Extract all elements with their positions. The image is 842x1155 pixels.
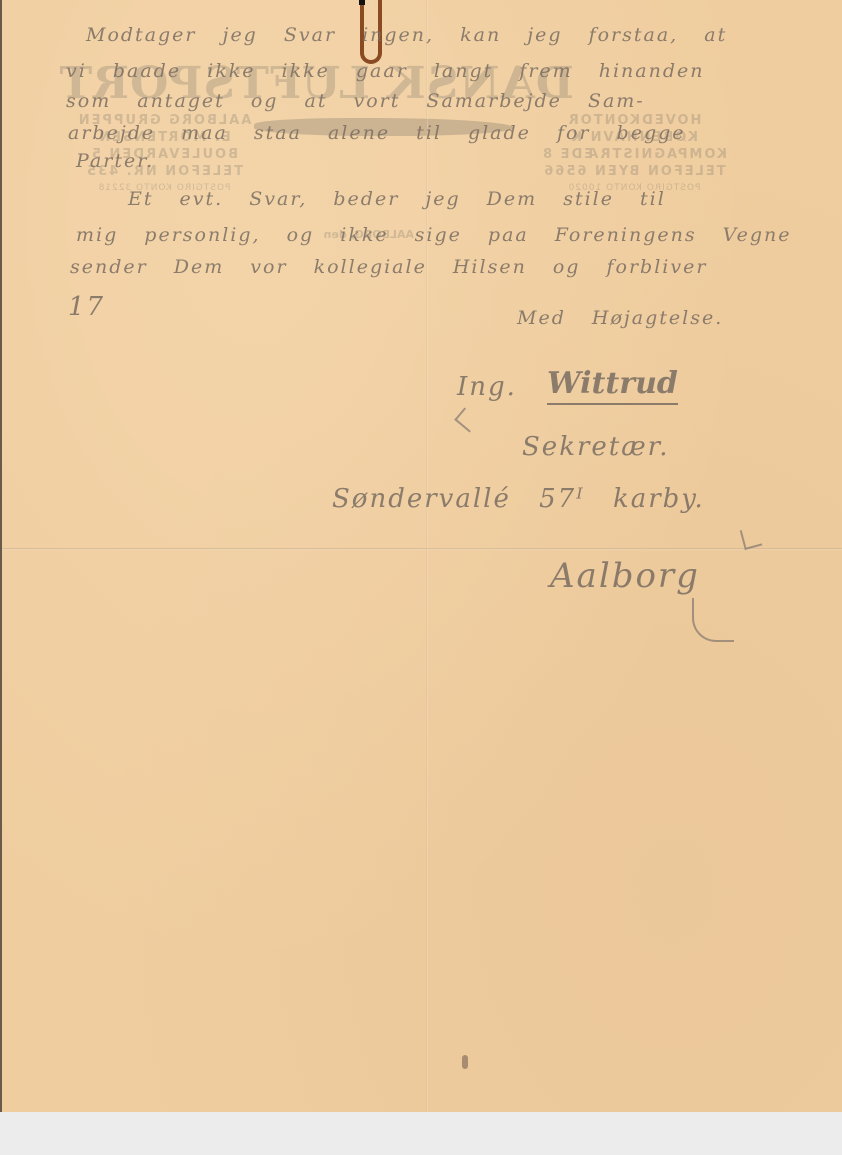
closing-city: Aalborg — [550, 556, 700, 596]
body-line-4: arbejde maa staa alene til glade for beg… — [68, 122, 686, 144]
body-line-2: vi baade ikke ikke gaar langt frem hinan… — [66, 60, 704, 82]
horizontal-fold-line — [2, 548, 842, 550]
body-line-9: 17 — [68, 292, 105, 322]
pen-mark — [454, 407, 480, 432]
pen-flourish — [692, 598, 734, 642]
vertical-fold-line — [426, 0, 428, 1112]
string-tip — [359, 0, 365, 5]
scanned-page: DANSK LUFTSPORT AALBORG GRUPPEN E. MORTE… — [0, 0, 842, 1155]
body-line-1: Modtager jeg Svar ingen, kan jeg forstaa… — [86, 24, 727, 46]
ink-smudge — [462, 1055, 468, 1069]
body-line-5: Parter. — [76, 150, 154, 172]
closing-title: Sekretær. — [522, 432, 670, 462]
closing-prefix: Ing. — [457, 372, 517, 402]
letterhead-line: KOMPAGNISTRÆDE 8 — [514, 146, 754, 163]
body-line-8: sender Dem vor kollegiale Hilsen og forb… — [70, 256, 707, 278]
letter-paper: DANSK LUFTSPORT AALBORG GRUPPEN E. MORTE… — [0, 0, 842, 1112]
body-line-6: Et evt. Svar, beder jeg Dem stile til — [128, 188, 666, 210]
closing-address: Søndervallé 57ᴵ karby. — [332, 484, 705, 514]
letterhead-line: TELEFON BYEN 6566 — [514, 163, 754, 180]
closing-salutation: Med Højagtelse. — [517, 307, 723, 329]
signature: Wittrud — [547, 366, 678, 405]
body-line-3: som antaget og at vort Samarbejde Sam- — [66, 90, 645, 112]
body-line-7: mig personlig, og ikke sige paa Forening… — [76, 224, 792, 246]
pen-mark — [740, 526, 763, 550]
